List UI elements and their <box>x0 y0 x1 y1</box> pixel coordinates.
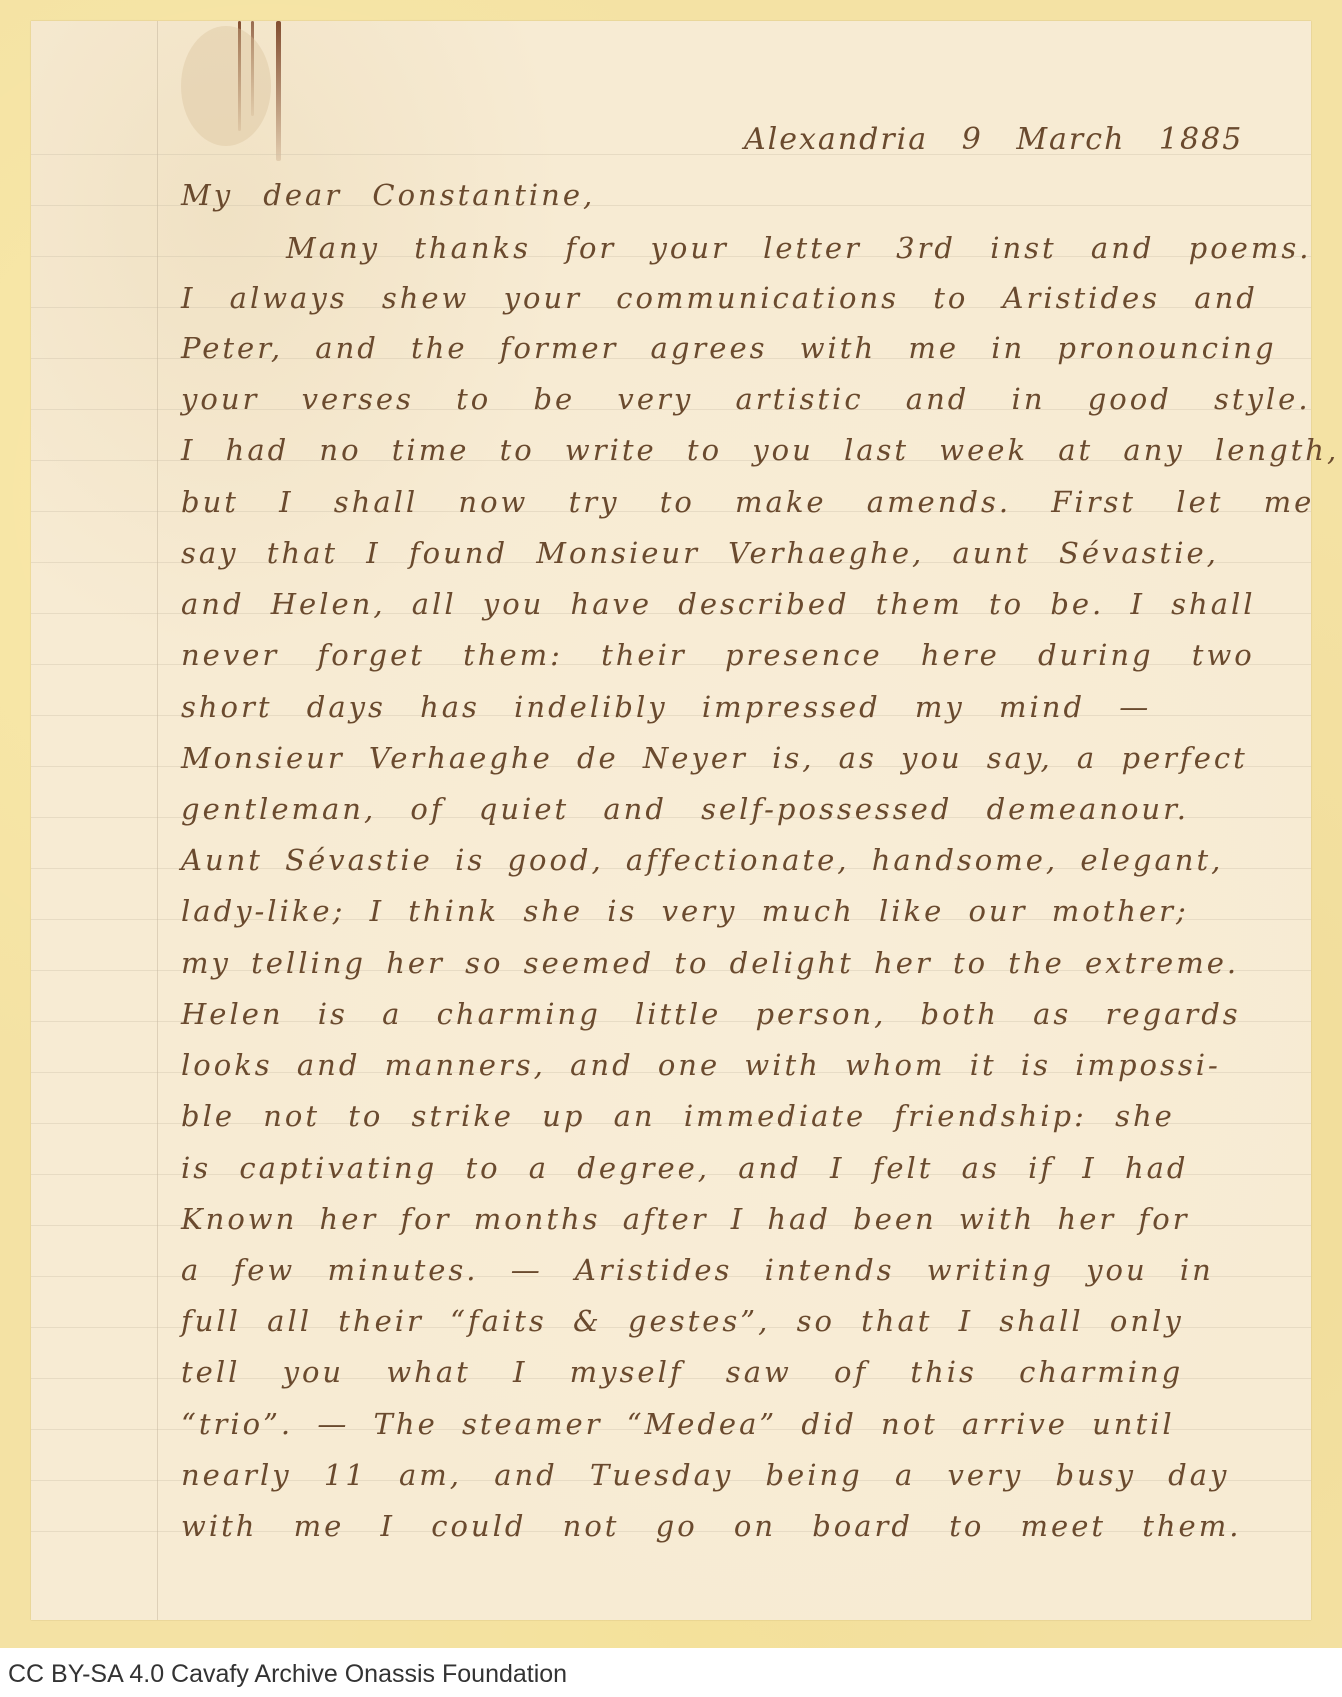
margin-line <box>157 21 158 1620</box>
place-date: Alexandria 9 March 1885 <box>744 125 1243 155</box>
letter-line: a few minutes. — Aristides intends writi… <box>181 1256 1214 1285</box>
letter-line: never forget them: their presence here d… <box>181 641 1255 670</box>
letter-line: and Helen, all you have described them t… <box>181 590 1256 619</box>
letter-line: Helen is a charming little person, both … <box>181 1000 1241 1029</box>
letter-line: ble not to strike up an immediate friend… <box>181 1102 1175 1131</box>
letter-line: looks and manners, and one with whom it … <box>181 1051 1221 1080</box>
letter-line: Aunt Sévastie is good, affectionate, han… <box>181 846 1223 875</box>
letter-line: but I shall now try to make amends. Firs… <box>181 488 1314 517</box>
letter-line: Known her for months after I had been wi… <box>181 1205 1190 1234</box>
letter-line: say that I found Monsieur Verhaeghe, aun… <box>181 539 1219 568</box>
letter-line: your verses to be very artistic and in g… <box>181 385 1311 414</box>
letter-line: Monsieur Verhaeghe de Neyer is, as you s… <box>181 744 1248 773</box>
letter-line: Many thanks for your letter 3rd inst and… <box>286 234 1311 263</box>
letter-line: I had no time to write to you last week … <box>181 436 1339 465</box>
license-caption: CC BY-SA 4.0 Cavafy Archive Onassis Foun… <box>8 1660 567 1689</box>
letter-line: nearly 11 am, and Tuesday being a very b… <box>181 1461 1229 1490</box>
letter-line: “trio”. — The steamer “Medea” did not ar… <box>181 1410 1175 1439</box>
ink-stain <box>276 21 281 161</box>
archive-mount-background: Alexandria 9 March 1885 My dear Constant… <box>0 0 1342 1648</box>
letter-line: is captivating to a degree, and I felt a… <box>181 1154 1189 1183</box>
letter-line: short days has indelibly impressed my mi… <box>181 693 1151 722</box>
letter-line: with me I could not go on board to meet … <box>181 1512 1241 1541</box>
letter-line: lady-like; I think she is very much like… <box>181 897 1189 926</box>
letter-line: full all their “faits & gestes”, so that… <box>181 1307 1184 1336</box>
letter-line: gentleman, of quiet and self-possessed d… <box>181 795 1189 824</box>
letter-line: tell you what I myself saw of this charm… <box>181 1358 1183 1387</box>
water-stain <box>181 26 271 146</box>
salutation: My dear Constantine, <box>181 181 595 210</box>
letter-line: I always shew your communications to Ari… <box>181 284 1258 313</box>
letter-line: Peter, and the former agrees with me in … <box>181 334 1277 363</box>
letter-line: my telling her so seemed to delight her … <box>181 949 1239 978</box>
letter-page: Alexandria 9 March 1885 My dear Constant… <box>31 21 1311 1620</box>
